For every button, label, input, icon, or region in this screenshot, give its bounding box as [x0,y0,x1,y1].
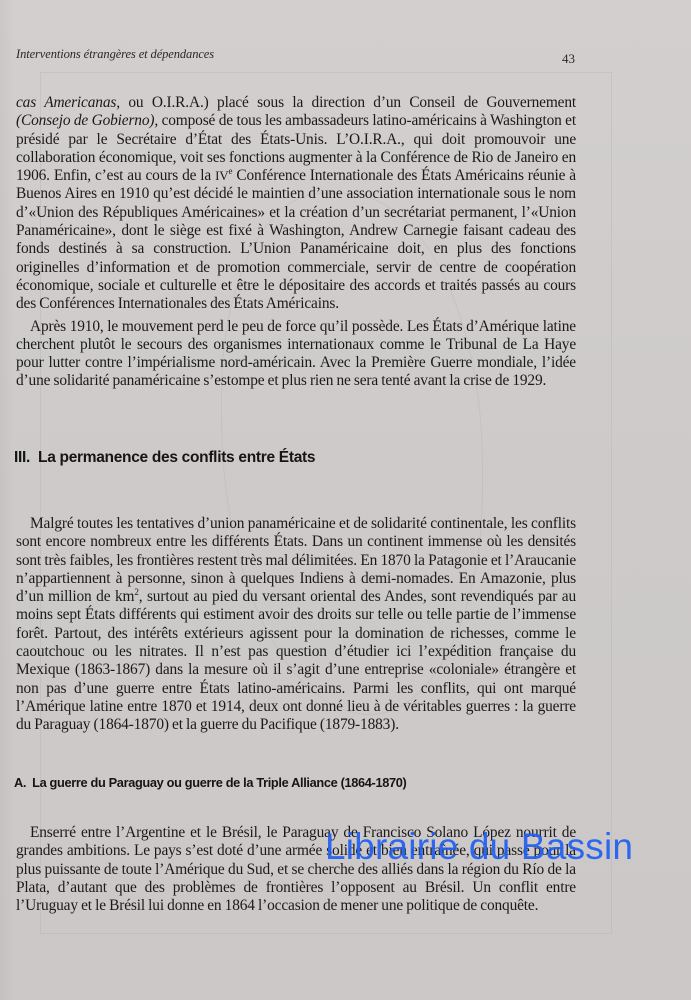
paragraph-oira: cas Americanas, ou O.I.R.A.) placé sous … [16,94,576,314]
section-number: III. [14,449,30,466]
watermark: Librairie du Bassin [325,826,633,868]
book-page: Interventions étrangères et dépendances … [0,0,691,1000]
running-head: Interventions étrangères et dépendances [16,47,214,62]
paragraph-after-1910: Après 1910, le mouvement perd le peu de … [16,318,576,391]
section-text-block: Malgré toutes les tentatives d’union pan… [16,515,576,735]
ordinal-numeral: IV [215,168,228,183]
italic-term: (Consejo de Gobierno), [16,112,158,129]
page-number: 43 [562,51,575,67]
opening-text-block: cas Americanas, ou O.I.R.A.) placé sous … [16,94,576,391]
subsection-title: La guerre du Paraguay ou guerre de la Tr… [32,775,406,790]
section-heading: III.La permanence des conflits entre Éta… [14,449,315,467]
subsection-number: A. [14,775,26,790]
paragraph-conflicts: Malgré toutes les tentatives d’union pan… [16,515,576,735]
section-title: La permanence des conflits entre États [38,449,315,466]
italic-term: cas Americanas, [16,94,120,111]
subsection-heading: A.La guerre du Paraguay ou guerre de la … [14,775,406,790]
